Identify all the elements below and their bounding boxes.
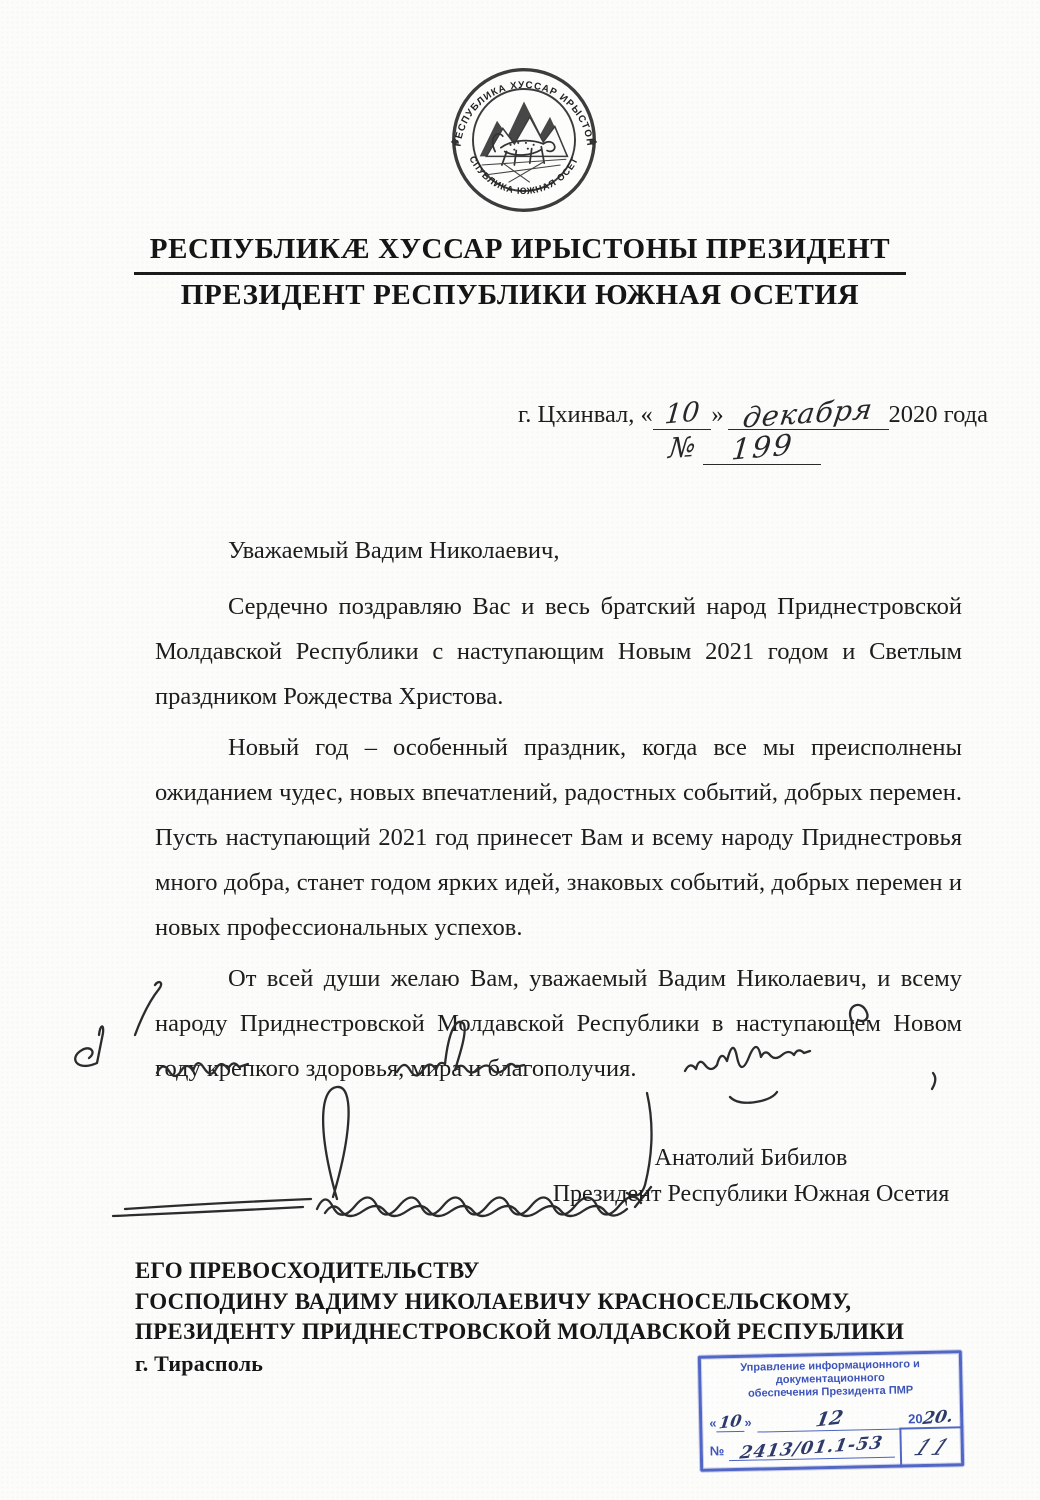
- stamp-number-label: №: [710, 1443, 725, 1458]
- letterhead-line-ossetian: РЕСПУБЛИКÆ ХУССАР ИРЫСТОНЫ ПРЕЗИДЕНТ: [134, 233, 906, 275]
- paragraph-2: Новый год – особенный праздник, когда вс…: [155, 725, 962, 950]
- signer-title: Президент Республики Южная Осетия: [545, 1176, 957, 1212]
- stamp-handwritten-copy-mark: 11: [909, 1435, 956, 1461]
- document-number-row: № 199: [640, 430, 850, 465]
- signer-name: Анатолий Бибилов: [545, 1140, 957, 1176]
- handwritten-month: декабря: [741, 393, 876, 435]
- south-ossetia-emblem: РЕСПУБЛИКА ХУССАР ИРЫСТОН РЕСПУБЛИКА ЮЖН…: [447, 63, 601, 217]
- stamp-handwritten-day: 10: [718, 1411, 743, 1433]
- dateline: г. Цхинвал, « 10 » декабря 2020 года № 1…: [518, 396, 988, 465]
- dateline-row: г. Цхинвал, « 10 » декабря 2020 года: [518, 396, 988, 430]
- stamp-quote-close: »: [744, 1415, 752, 1430]
- month-blank: декабря: [728, 396, 889, 430]
- addressee-name: ГОСПОДИНУ ВАДИМУ НИКОЛАЕВИЧУ КРАСНОСЕЛЬС…: [135, 1287, 904, 1318]
- stamp-year-printed: 20: [908, 1411, 923, 1426]
- handwritten-number: 199: [730, 427, 795, 466]
- stamp-handwritten-month: 12: [814, 1407, 845, 1432]
- dateline-suffix: 2020 года: [889, 401, 988, 429]
- day-blank: 10: [653, 398, 712, 430]
- signer-block: Анатолий Бибилов Президент Республики Юж…: [545, 1140, 957, 1212]
- dateline-prefix: г. Цхинвал, «: [518, 401, 653, 429]
- stamp-month-blank: 12: [757, 1407, 902, 1433]
- stamp-handwritten-number: 2413/01.1-53: [738, 1433, 884, 1463]
- registration-stamp: Управление информационного и документаци…: [698, 1350, 964, 1472]
- stamp-number-blank: 2413/01.1-53: [728, 1437, 895, 1461]
- number-blank: 199: [703, 430, 821, 465]
- dateline-quote-close: »: [711, 401, 723, 429]
- salutation: Уважаемый Вадим Николаевич,: [155, 528, 962, 573]
- paragraph-1: Сердечно поздравляю Вас и весь братский …: [155, 584, 962, 719]
- addressee-title: ПРЕЗИДЕНТУ ПРИДНЕСТРОВСКОЙ МОЛДАВСКОЙ РЕ…: [135, 1317, 904, 1348]
- letterhead: РЕСПУБЛИКÆ ХУССАР ИРЫСТОНЫ ПРЕЗИДЕНТ ПРЕ…: [0, 233, 1040, 312]
- addressee-honorific: ЕГО ПРЕВОСХОДИТЕЛЬСТВУ: [135, 1256, 904, 1287]
- letterhead-line-russian: ПРЕЗИДЕНТ РЕСПУБЛИКИ ЮЖНАЯ ОСЕТИЯ: [0, 279, 1040, 312]
- handwritten-inscription: [75, 1005, 935, 1103]
- handwritten-number-sign: №: [667, 430, 697, 465]
- pen-stray-mark: [135, 982, 161, 1035]
- handwritten-day: 10: [663, 397, 701, 431]
- scanned-letter-page: РЕСПУБЛИКА ХУССАР ИРЫСТОН РЕСПУБЛИКА ЮЖН…: [0, 0, 1040, 1500]
- stamp-copy-box: 11: [899, 1426, 964, 1467]
- stamp-day-blank: 10: [716, 1412, 744, 1433]
